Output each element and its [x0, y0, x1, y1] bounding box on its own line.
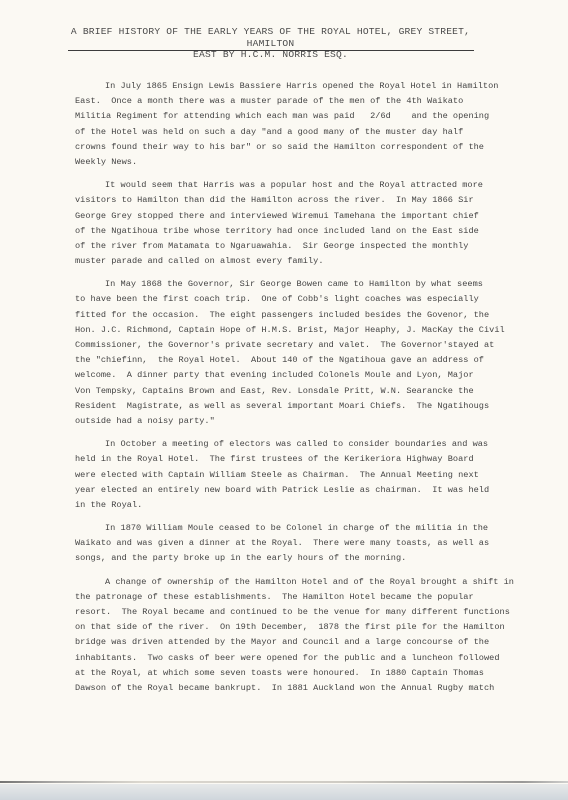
text-line: of the river from Matamata to Ngaruawahi… — [75, 239, 545, 254]
text-line: visitors to Hamilton than did the Hamilt… — [75, 193, 545, 208]
text-line: George Grey stopped there and interviewe… — [75, 209, 545, 224]
text-line: In May 1868 the Governor, Sir George Bow… — [75, 277, 545, 292]
scan-background — [0, 784, 568, 800]
paragraph-1: In July 1865 Ensign Lewis Bassiere Harri… — [75, 79, 545, 170]
text-line: East. Once a month there was a muster pa… — [75, 94, 545, 109]
text-line: of the Ngatihoua tribe whose territory h… — [75, 224, 545, 239]
text-line: In July 1865 Ensign Lewis Bassiere Harri… — [75, 79, 545, 94]
paragraph-5: In 1870 William Moule ceased to be Colon… — [75, 521, 545, 567]
text-line: on that side of the river. On 19th Decem… — [75, 620, 545, 635]
text-line: inhabitants. Two casks of beer were open… — [75, 651, 545, 666]
text-line: held in the Royal Hotel. The first trust… — [75, 452, 545, 467]
paragraph-6: A change of ownership of the Hamilton Ho… — [75, 575, 545, 697]
text-line: crowns found their way to his bar" or so… — [75, 140, 545, 155]
title-line-1: A BRIEF HISTORY OF THE EARLY YEARS OF TH… — [68, 26, 473, 49]
text-line: Weekly News. — [75, 155, 545, 170]
text-line: Waikato and was given a dinner at the Ro… — [75, 536, 545, 551]
page-edge-shadow — [0, 781, 568, 783]
paragraph-4: In October a meeting of electors was cal… — [75, 437, 545, 513]
text-line: the "chiefinn, the Royal Hotel. About 14… — [75, 353, 545, 368]
text-line: the patronage of these establishments. T… — [75, 590, 545, 605]
text-line: muster parade and called on almost every… — [75, 254, 545, 269]
text-line: outside had a noisy party." — [75, 414, 545, 429]
document-body: In July 1865 Ensign Lewis Bassiere Harri… — [75, 79, 545, 704]
text-line: bridge was driven attended by the Mayor … — [75, 635, 545, 650]
text-line: to have been the first coach trip. One o… — [75, 292, 545, 307]
title-underline — [68, 50, 474, 51]
text-line: at the Royal, at which some seven toasts… — [75, 666, 545, 681]
text-line: Von Tempsky, Captains Brown and East, Re… — [75, 384, 545, 399]
text-line: It would seem that Harris was a popular … — [75, 178, 545, 193]
text-line: of the Hotel was held on such a day "and… — [75, 125, 545, 140]
document-page: A BRIEF HISTORY OF THE EARLY YEARS OF TH… — [0, 0, 568, 784]
paragraph-2: It would seem that Harris was a popular … — [75, 178, 545, 269]
text-line: resort. The Royal became and continued t… — [75, 605, 545, 620]
text-line: Dawson of the Royal became bankrupt. In … — [75, 681, 545, 696]
text-line: Resident Magistrate, as well as several … — [75, 399, 545, 414]
text-line: songs, and the party broke up in the ear… — [75, 551, 545, 566]
text-line: Hon. J.C. Richmond, Captain Hope of H.M.… — [75, 323, 545, 338]
text-line: Commissioner, the Governor's private sec… — [75, 338, 545, 353]
text-line: In 1870 William Moule ceased to be Colon… — [75, 521, 545, 536]
text-line: were elected with Captain William Steele… — [75, 468, 545, 483]
text-line: welcome. A dinner party that evening inc… — [75, 368, 545, 383]
paragraph-3: In May 1868 the Governor, Sir George Bow… — [75, 277, 545, 429]
text-line: fitted for the occasion. The eight passe… — [75, 308, 545, 323]
text-line: Militia Regiment for attending which eac… — [75, 109, 545, 124]
text-line: year elected an entirely new board with … — [75, 483, 545, 498]
text-line: In October a meeting of electors was cal… — [75, 437, 545, 452]
document-title: A BRIEF HISTORY OF THE EARLY YEARS OF TH… — [68, 26, 473, 61]
text-line: A change of ownership of the Hamilton Ho… — [75, 575, 545, 590]
text-line: in the Royal. — [75, 498, 545, 513]
